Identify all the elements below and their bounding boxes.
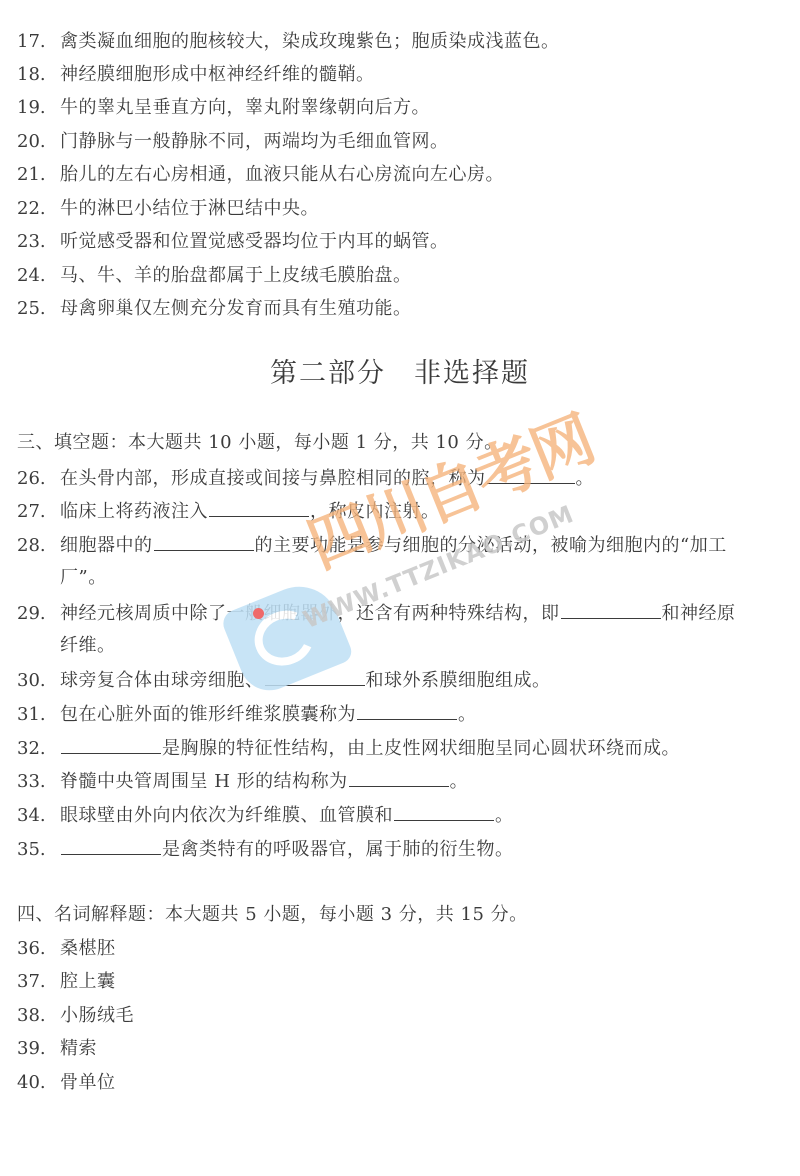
question-19: 19.牛的睾丸呈垂直方向，睾丸附睾缘朝向后方。: [17, 96, 430, 120]
question-number: 37.: [17, 970, 60, 994]
exam-page: 17.禽类凝血细胞的胞核较大，染成玫瑰紫色；胞质染成浅蓝色。 18.神经膜细胞形…: [0, 0, 800, 1176]
question-number: 21.: [17, 163, 60, 187]
question-text-after: 。: [458, 704, 477, 725]
answer-blank[interactable]: [349, 768, 449, 787]
question-text: 马、牛、羊的胎盘都属于上皮绒毛膜胎盘。: [60, 265, 412, 286]
question-34: 34.眼球壁由外向内依次为纤维膜、血管膜和。: [17, 802, 514, 828]
question-text-before: 临床上将药液注入: [60, 501, 208, 522]
question-number: 30.: [17, 669, 60, 693]
answer-blank[interactable]: [394, 802, 494, 821]
question-text: 牛的淋巴小结位于淋巴结中央。: [60, 198, 319, 219]
question-number: 33.: [17, 770, 60, 794]
section-3-heading: 三、填空题：本大题共 10 小题，每小题 1 分，共 10 分。: [17, 431, 503, 455]
question-text-after: 。: [495, 805, 514, 826]
question-number: 38.: [17, 1004, 60, 1028]
question-20: 20.门静脉与一般静脉不同，两端均为毛细血管网。: [17, 130, 449, 154]
question-35: 35.是禽类特有的呼吸器官，属于肺的衍生物。: [17, 836, 514, 862]
question-number: 39.: [17, 1037, 60, 1061]
term-text: 精索: [60, 1038, 97, 1059]
section-4-heading: 四、名词解释题：本大题共 5 小题，每小题 3 分，共 15 分。: [17, 903, 528, 927]
question-31: 31.包在心脏外面的锥形纤维浆膜囊称为。: [17, 701, 477, 727]
question-40: 40.骨单位: [17, 1071, 116, 1095]
answer-blank[interactable]: [357, 701, 457, 720]
question-text: 牛的睾丸呈垂直方向，睾丸附睾缘朝向后方。: [60, 97, 430, 118]
question-17: 17.禽类凝血细胞的胞核较大，染成玫瑰紫色；胞质染成浅蓝色。: [17, 30, 560, 54]
question-number: 35.: [17, 838, 60, 862]
question-27: 27.临床上将药液注入，称皮内注射。: [17, 498, 440, 524]
question-24: 24.马、牛、羊的胎盘都属于上皮绒毛膜胎盘。: [17, 264, 412, 288]
question-number: 40.: [17, 1071, 60, 1095]
question-number: 19.: [17, 96, 60, 120]
question-18: 18.神经膜细胞形成中枢神经纤维的髓鞘。: [17, 63, 375, 87]
question-32: 32.是胸腺的特征性结构，由上皮性网状细胞呈同心圆状环绕而成。: [17, 735, 680, 761]
question-number: 32.: [17, 737, 60, 761]
term-text: 骨单位: [60, 1072, 116, 1093]
question-text-after: 和球外系膜细胞组成。: [366, 670, 551, 691]
answer-blank[interactable]: [265, 667, 365, 686]
part-title-right: 非选择题: [414, 358, 530, 389]
question-number: 31.: [17, 703, 60, 727]
question-30: 30.球旁复合体由球旁细胞、和球外系膜细胞组成。: [17, 667, 551, 693]
part-title-left: 第二部分: [270, 358, 386, 389]
question-number: 36.: [17, 937, 60, 961]
question-text: 母禽卵巢仅左侧充分发育而具有生殖功能。: [60, 298, 412, 319]
question-38: 38.小肠绒毛: [17, 1004, 134, 1028]
question-text-after: 和神经原: [662, 603, 736, 624]
question-number: 24.: [17, 264, 60, 288]
answer-blank[interactable]: [487, 465, 575, 484]
question-26: 26.在头骨内部，形成直接或间接与鼻腔相同的腔，称为。: [17, 465, 594, 491]
answer-blank[interactable]: [209, 498, 309, 517]
question-number: 23.: [17, 230, 60, 254]
answer-blank[interactable]: [561, 600, 661, 619]
question-21: 21.胎儿的左右心房相通，血液只能从右心房流向左心房。: [17, 163, 504, 187]
question-text-after: 。: [576, 468, 595, 489]
question-text-before: 神经元核周质中除了一般细胞器外，还含有两种特殊结构，即: [60, 603, 560, 624]
question-number: 20.: [17, 130, 60, 154]
term-text: 小肠绒毛: [60, 1005, 134, 1026]
question-text: 听觉感受器和位置觉感受器均位于内耳的蜗管。: [60, 231, 449, 252]
question-36: 36.桑椹胚: [17, 937, 116, 961]
answer-blank[interactable]: [61, 836, 161, 855]
question-33: 33.脊髓中央管周围呈 H 形的结构称为。: [17, 768, 468, 794]
question-23: 23.听觉感受器和位置觉感受器均位于内耳的蜗管。: [17, 230, 449, 254]
question-number: 17.: [17, 30, 60, 54]
question-text-before: 眼球壁由外向内依次为纤维膜、血管膜和: [60, 805, 393, 826]
question-28-continuation: 厂”。: [60, 566, 107, 590]
question-number: 26.: [17, 467, 60, 491]
question-text-before: 在头骨内部，形成直接或间接与鼻腔相同的腔，称为: [60, 468, 486, 489]
question-number: 18.: [17, 63, 60, 87]
question-text-after: 。: [450, 771, 469, 792]
question-number: 28.: [17, 534, 60, 558]
question-text-before: 包在心脏外面的锥形纤维浆膜囊称为: [60, 704, 356, 725]
question-text-after: 是胸腺的特征性结构，由上皮性网状细胞呈同心圆状环绕而成。: [162, 738, 680, 759]
question-text: 门静脉与一般静脉不同，两端均为毛细血管网。: [60, 131, 449, 152]
question-28: 28.细胞器中的的主要功能是参与细胞的分泌活动，被喻为细胞内的“加工: [17, 532, 727, 558]
term-text: 桑椹胚: [60, 938, 116, 959]
question-number: 34.: [17, 804, 60, 828]
question-29: 29.神经元核周质中除了一般细胞器外，还含有两种特殊结构，即和神经原: [17, 600, 736, 626]
question-text: 胎儿的左右心房相通，血液只能从右心房流向左心房。: [60, 164, 504, 185]
answer-blank[interactable]: [154, 532, 254, 551]
question-29-continuation: 纤维。: [60, 634, 116, 658]
question-text-before: 脊髓中央管周围呈 H 形的结构称为: [60, 771, 348, 792]
question-text: 禽类凝血细胞的胞核较大，染成玫瑰紫色；胞质染成浅蓝色。: [60, 31, 560, 52]
question-37: 37.腔上囊: [17, 970, 116, 994]
question-text-after: 是禽类特有的呼吸器官，属于肺的衍生物。: [162, 839, 514, 860]
question-number: 25.: [17, 297, 60, 321]
question-text-after: ，称皮内注射。: [310, 501, 440, 522]
part-title: 第二部分非选择题: [0, 356, 800, 392]
question-39: 39.精索: [17, 1037, 97, 1061]
question-25: 25.母禽卵巢仅左侧充分发育而具有生殖功能。: [17, 297, 412, 321]
question-text: 神经膜细胞形成中枢神经纤维的髓鞘。: [60, 64, 375, 85]
question-text-before: 细胞器中的: [60, 535, 153, 556]
question-text-before: 球旁复合体由球旁细胞、: [60, 670, 264, 691]
question-number: 27.: [17, 500, 60, 524]
question-22: 22.牛的淋巴小结位于淋巴结中央。: [17, 197, 319, 221]
answer-blank[interactable]: [61, 735, 161, 754]
question-text-after: 的主要功能是参与细胞的分泌活动，被喻为细胞内的“加工: [255, 535, 727, 556]
term-text: 腔上囊: [60, 971, 116, 992]
question-number: 22.: [17, 197, 60, 221]
question-number: 29.: [17, 602, 60, 626]
